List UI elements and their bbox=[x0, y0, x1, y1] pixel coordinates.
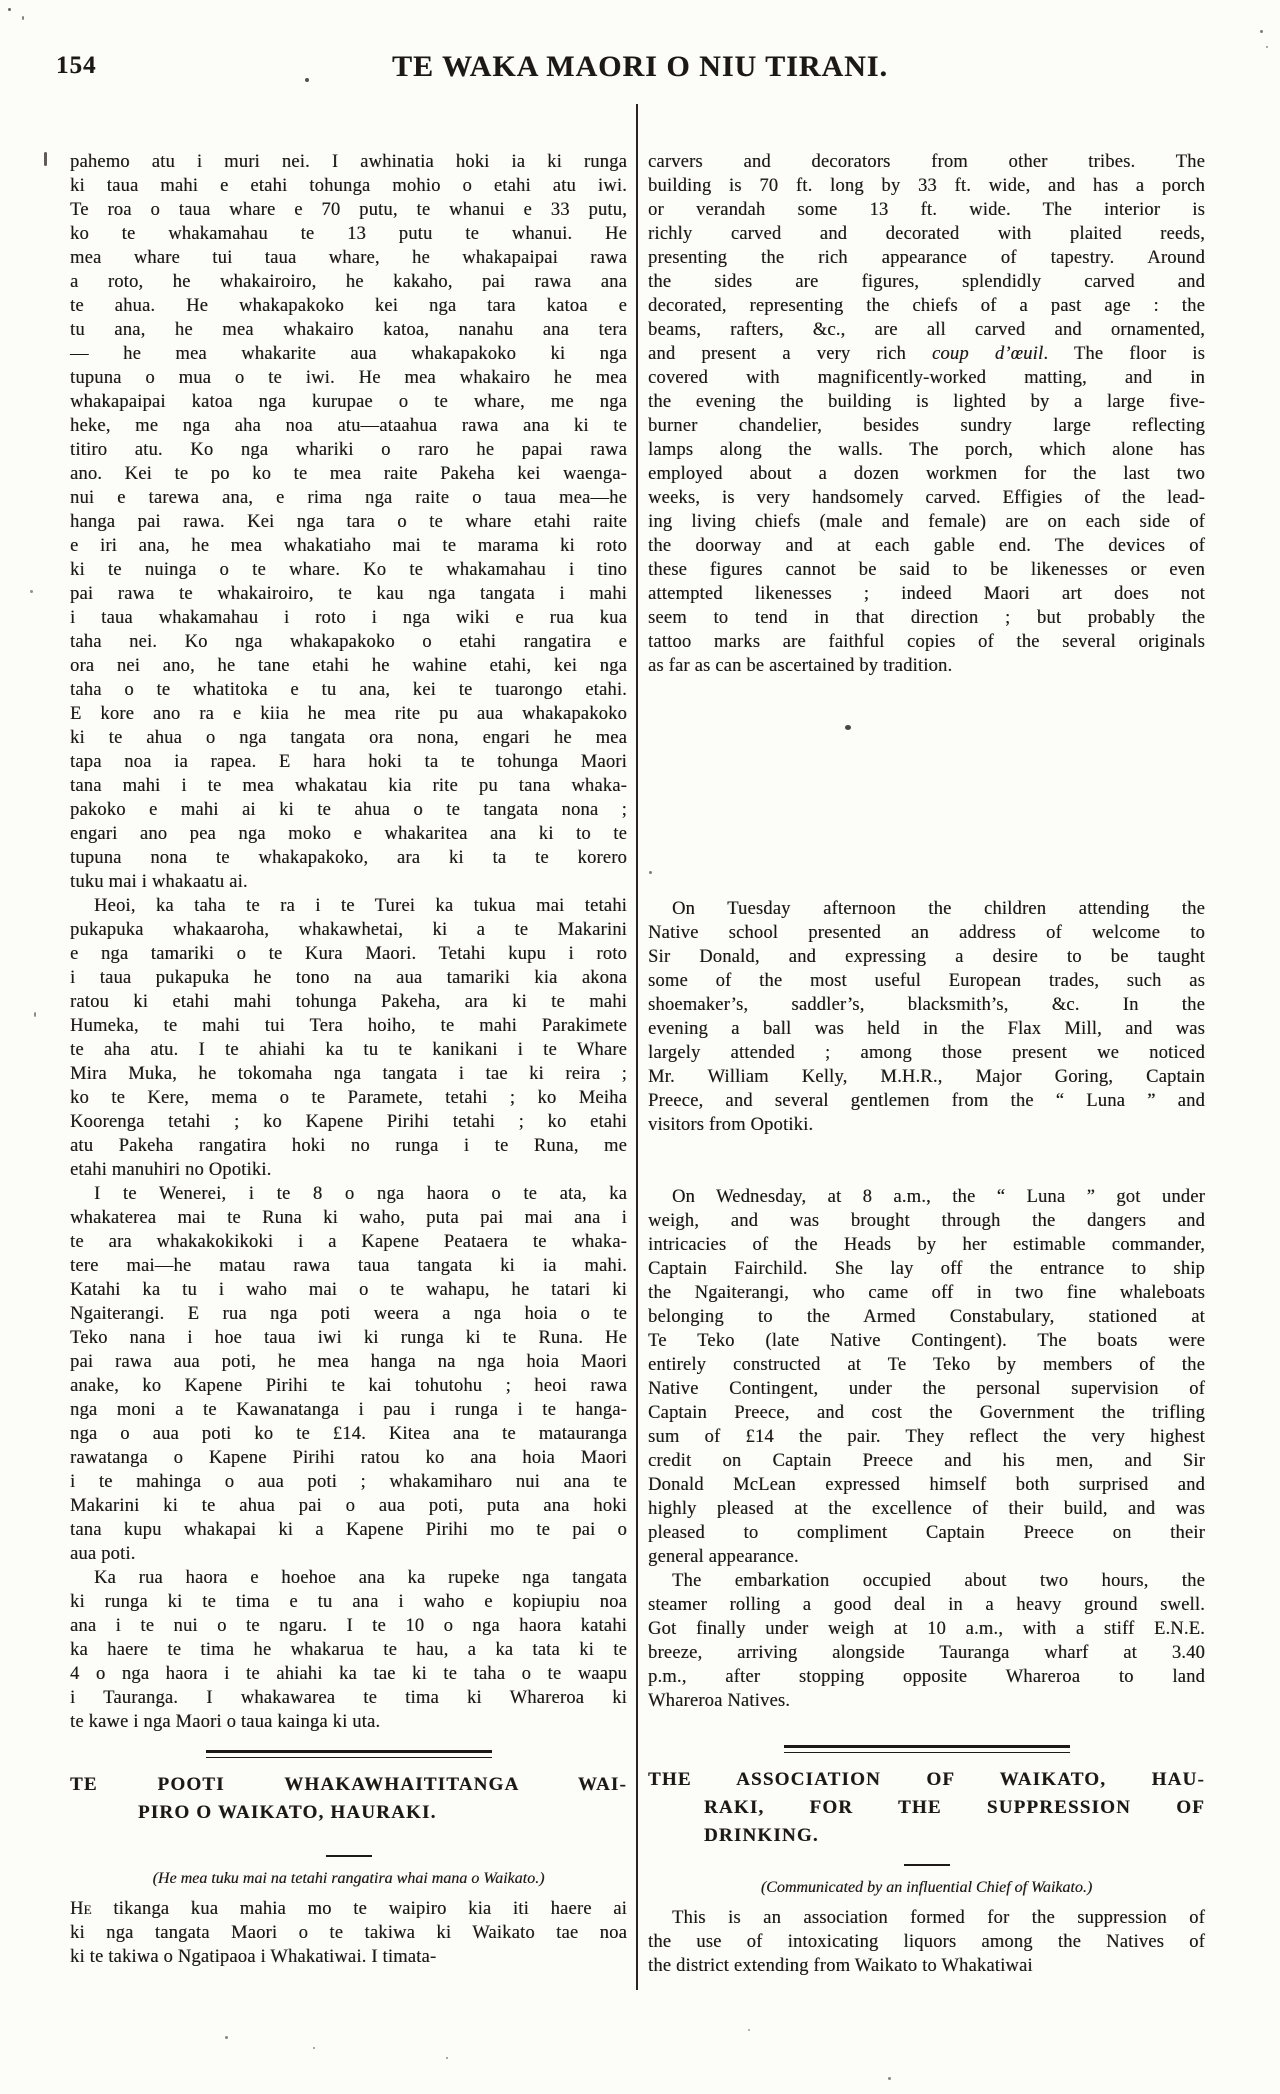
text-line: whakapaipai katoa nga kurupae o te whare… bbox=[70, 390, 627, 414]
text-line: pai rawa te whakairoiro, te kau nga tang… bbox=[70, 582, 627, 606]
text-line: pleased to compliment Captain Preece on … bbox=[648, 1521, 1205, 1545]
section-short-rule bbox=[904, 1864, 950, 1866]
text-line: nui e tarewa ana, e rima nga raite o tau… bbox=[70, 486, 627, 510]
text-line: e nga tamariki o te Kura Maori. Tetahi k… bbox=[70, 942, 627, 966]
text-line: Heoi, ka taha te ra i te Turei ka tukua … bbox=[70, 894, 627, 918]
paragraph: On Wednesday, at 8 a.m., the “ Luna ” go… bbox=[648, 1185, 1205, 1569]
text-line: burner chandelier, besides sundry large … bbox=[648, 414, 1205, 438]
text-line: Preece, and several gentlemen from the “… bbox=[648, 1089, 1205, 1113]
text-line: Mira Muka, he tokomaha nga tangata i tae… bbox=[70, 1062, 627, 1086]
text-line: tattoo marks are faithful copies of the … bbox=[648, 630, 1205, 654]
text-line: 4 o nga haora i te ahiahi ka tae ki te t… bbox=[70, 1662, 627, 1686]
text-line: ki taua mahi e etahi tohunga mohio o eta… bbox=[70, 174, 627, 198]
text-line: Te roa o taua whare e 70 putu, te whanui… bbox=[70, 198, 627, 222]
text-line: Teko nana i hoe taua iwi ki runga ki te … bbox=[70, 1326, 627, 1350]
scan-artifact bbox=[649, 871, 652, 874]
section-short-rule bbox=[326, 1855, 372, 1857]
scan-artifact bbox=[313, 2047, 315, 2049]
text-line: these figures cannot be said to be liken… bbox=[648, 558, 1205, 582]
text-line: highly pleased at the excellence of thei… bbox=[648, 1497, 1205, 1521]
text-line: Native school presented an address of we… bbox=[648, 921, 1205, 945]
text-line: entirely constructed at Te Teko by membe… bbox=[648, 1353, 1205, 1377]
text-line: Ngaiterangi. E rua nga poti weera a nga … bbox=[70, 1302, 627, 1326]
text-line: ano. Kei te po ko te mea raite Pakeha ke… bbox=[70, 462, 627, 486]
maori-section-heading: TE POOTI WHAKAWHAITITANGA WAI-PIRO O WAI… bbox=[70, 1771, 627, 1827]
text-line: the use of intoxicating liquors among th… bbox=[648, 1930, 1205, 1954]
text-line: ko te whakamahau te 13 putu te whanui. H… bbox=[70, 222, 627, 246]
text-line: te ara whakakokikoki i a Kapene Peataera… bbox=[70, 1230, 627, 1254]
text-line: breeze, arriving alongside Tauranga whar… bbox=[648, 1641, 1205, 1665]
heading-line: TE POOTI WHAKAWHAITITANGA WAI- bbox=[70, 1771, 627, 1799]
paragraph: He tikanga kua mahia mo te waipiro kia i… bbox=[70, 1897, 627, 1969]
text-line: building is 70 ft. long by 33 ft. wide, … bbox=[648, 174, 1205, 198]
maori-article-text: pahemo atu i muri nei. I awhinatia hoki … bbox=[70, 150, 627, 1734]
maori-section-text: He tikanga kua mahia mo te waipiro kia i… bbox=[70, 1897, 627, 1969]
scan-artifact bbox=[8, 8, 11, 11]
text-line: employed about a dozen workmen for the l… bbox=[648, 462, 1205, 486]
text-line: largely attended ; among those present w… bbox=[648, 1041, 1205, 1065]
text-line: shoemaker’s, saddler’s, blacksmith’s, &c… bbox=[648, 993, 1205, 1017]
text-line: credit on Captain Preece and his men, an… bbox=[648, 1449, 1205, 1473]
english-article-text: carvers and decorators from other tribes… bbox=[648, 150, 1205, 1713]
paragraph: Ka rua haora e hoehoe ana ka rupeke nga … bbox=[70, 1566, 627, 1734]
text-line: heke, me nga aha noa atu—ataahua rawa an… bbox=[70, 414, 627, 438]
text-line: and present a very rich coup d’œuil. The… bbox=[648, 342, 1205, 366]
text-line: taha nei. Ko nga whakapakoko o etahi ran… bbox=[70, 630, 627, 654]
scan-artifact bbox=[22, 16, 24, 20]
text-line: engari ano pea nga moko e whakaritea ana… bbox=[70, 822, 627, 846]
text-line: whakaterea mai te Runa ki waho, puta pai… bbox=[70, 1206, 627, 1230]
text-line: Captain Fairchild. She lay off the entra… bbox=[648, 1257, 1205, 1281]
paragraph: The embarkation occupied about two hours… bbox=[648, 1569, 1205, 1713]
scan-artifact bbox=[845, 725, 851, 730]
text-line: pakoko e mahi ai ki te ahua o te tangata… bbox=[70, 798, 627, 822]
text-line: anake, ko Kapene Pirihi te kai tohutohu … bbox=[70, 1374, 627, 1398]
text-line: beams, rafters, &c., are all carved and … bbox=[648, 318, 1205, 342]
text-line: Makarini ki te ahua pai o aua poti, puta… bbox=[70, 1494, 627, 1518]
paragraph: I te Wenerei, i te 8 o nga haora o te at… bbox=[70, 1182, 627, 1566]
text-line: pukapuka whakaaroha, whakawhetai, ki a t… bbox=[70, 918, 627, 942]
text-line: titiro atu. Ko nga whariki o raro he pap… bbox=[70, 438, 627, 462]
page-title: TE WAKA MAORI O NIU TIRANI. bbox=[0, 50, 1280, 84]
paragraph: pahemo atu i muri nei. I awhinatia hoki … bbox=[70, 150, 627, 894]
text-line: a roto, he whakairoiro, he kakaho, pai r… bbox=[70, 270, 627, 294]
english-section-text: This is an association formed for the su… bbox=[648, 1906, 1205, 1978]
text-line: E kore ano ra e kiia he mea rite pu aua … bbox=[70, 702, 627, 726]
right-column: carvers and decorators from other tribes… bbox=[648, 150, 1205, 1978]
text-line: rawatanga o Kapene Pirihi ratou ko ana h… bbox=[70, 1446, 627, 1470]
heading-line: THE ASSOCIATION OF WAIKATO, HAU- bbox=[648, 1766, 1205, 1794]
text-line: Native Contingent, under the personal su… bbox=[648, 1377, 1205, 1401]
text-line: Whareroa Natives. bbox=[648, 1689, 1205, 1713]
text-line: He tikanga kua mahia mo te waipiro kia i… bbox=[70, 1897, 627, 1921]
text-line: richly carved and decorated with plaited… bbox=[648, 222, 1205, 246]
text-line: atu Pakeha rangatira hoki no runga i te … bbox=[70, 1134, 627, 1158]
text-line: ora nei ano, he tane etahi he wahine eta… bbox=[70, 654, 627, 678]
maori-section-attribution: (He mea tuku mai na tetahi rangatira wha… bbox=[70, 1868, 627, 1890]
text-line: tupuna o mua o te iwi. He mea whakairo h… bbox=[70, 366, 627, 390]
text-line: Te Teko (late Native Contingent). The bo… bbox=[648, 1329, 1205, 1353]
text-line: tapa noa ia rapea. E hara hoki ta te toh… bbox=[70, 750, 627, 774]
text-line: as far as can be ascertained by traditio… bbox=[648, 654, 1205, 678]
text-line: ki nga tangata Maori o te takiwa ki Waik… bbox=[70, 1921, 627, 1945]
text-line: lamps along the walls. The porch, which … bbox=[648, 438, 1205, 462]
text-line: e iri ana, he mea whakatiaho mai te mara… bbox=[70, 534, 627, 558]
scan-artifact bbox=[1260, 30, 1263, 33]
scan-artifact bbox=[305, 78, 309, 82]
newspaper-page: 154 TE WAKA MAORI O NIU TIRANI. pahemo a… bbox=[0, 0, 1280, 2094]
scan-artifact bbox=[748, 2029, 750, 2031]
text-line: ki te takiwa o Ngatipaoa i Whakatiwai. I… bbox=[70, 1945, 627, 1969]
english-section: THE ASSOCIATION OF WAIKATO, HAU-RAKI, FO… bbox=[648, 1745, 1205, 1978]
text-line: i taua whakamahau i roto i nga wiki e ru… bbox=[70, 606, 627, 630]
text-line: some of the most useful European trades,… bbox=[648, 969, 1205, 993]
heading-line: PIRO O WAIKATO, HAURAKI. bbox=[70, 1799, 627, 1827]
left-column: pahemo atu i muri nei. I awhinatia hoki … bbox=[70, 150, 627, 1969]
text-line: tere mai—he matau rawa taua tangata ki i… bbox=[70, 1254, 627, 1278]
text-line: On Wednesday, at 8 a.m., the “ Luna ” go… bbox=[648, 1185, 1205, 1209]
scan-artifact bbox=[34, 1012, 36, 1017]
text-line: taha o te whatitoka e tu ana, kei te tua… bbox=[70, 678, 627, 702]
scan-artifact bbox=[888, 2077, 891, 2080]
text-line: te ahua. He whakapakoko kei nga tara kat… bbox=[70, 294, 627, 318]
english-section-attribution: (Communicated by an influential Chief of… bbox=[648, 1877, 1205, 1899]
scan-artifact bbox=[30, 590, 33, 593]
text-line: mea whare tui taua whare, he whakapaipai… bbox=[70, 246, 627, 270]
paragraph: carvers and decorators from other tribes… bbox=[648, 150, 1205, 678]
text-line: etahi manuhiri no Opotiki. bbox=[70, 1158, 627, 1182]
text-line: Ka rua haora e hoehoe ana ka rupeke nga … bbox=[70, 1566, 627, 1590]
text-line: tupuna nona te whakapakoko, ara ki ta te… bbox=[70, 846, 627, 870]
column-divider bbox=[636, 104, 638, 1990]
heading-line: RAKI, FOR THE SUPPRESSION OF bbox=[648, 1794, 1205, 1822]
text-line: or verandah some 13 ft. wide. The interi… bbox=[648, 198, 1205, 222]
text-line: weeks, is very handsomely carved. Effigi… bbox=[648, 486, 1205, 510]
text-line: ka haere te tima he whakarua te hau, a k… bbox=[70, 1638, 627, 1662]
text-line: aua poti. bbox=[70, 1542, 627, 1566]
text-line: the district extending from Waikato to W… bbox=[648, 1954, 1205, 1978]
text-line: pai rawa aua poti, he mea hanga na nga h… bbox=[70, 1350, 627, 1374]
text-line: hanga pai rawa. Kei nga tara o te whare … bbox=[70, 510, 627, 534]
text-line: Mr. William Kelly, M.H.R., Major Goring,… bbox=[648, 1065, 1205, 1089]
text-line: Captain Preece, and cost the Government … bbox=[648, 1401, 1205, 1425]
text-line: belonging to the Armed Constabulary, sta… bbox=[648, 1305, 1205, 1329]
text-line: ing living chiefs (male and female) are … bbox=[648, 510, 1205, 534]
text-line: The embarkation occupied about two hours… bbox=[648, 1569, 1205, 1593]
text-line: tana kupu whakapai ki a Kapene Pirihi mo… bbox=[70, 1518, 627, 1542]
text-line: ki runga ki te tima e tu ana i waho e ko… bbox=[70, 1590, 627, 1614]
text-line: ki te ahua o nga tangata ora nona, engar… bbox=[70, 726, 627, 750]
paragraph: On Tuesday afternoon the children attend… bbox=[648, 897, 1205, 1137]
text-line: weigh, and was brought through the dange… bbox=[648, 1209, 1205, 1233]
text-line: tana mahi i te mea whakatau kia rite pu … bbox=[70, 774, 627, 798]
text-line: On Tuesday afternoon the children attend… bbox=[648, 897, 1205, 921]
text-line: te kawe i nga Maori o taua kainga ki uta… bbox=[70, 1710, 627, 1734]
text-line: i taua pukapuka he tono na aua tamariki … bbox=[70, 966, 627, 990]
text-line: Katahi ka tu i waho mai o te wahapu, he … bbox=[70, 1278, 627, 1302]
text-line: Donald McLean expressed himself both sur… bbox=[648, 1473, 1205, 1497]
text-line: Humeka, te mahi tui Tera hoiho, te mahi … bbox=[70, 1014, 627, 1038]
heading-line: DRINKING. bbox=[648, 1822, 1205, 1850]
text-line: presenting the rich appearance of tapest… bbox=[648, 246, 1205, 270]
scan-artifact bbox=[446, 2057, 448, 2059]
english-section-heading: THE ASSOCIATION OF WAIKATO, HAU-RAKI, FO… bbox=[648, 1766, 1205, 1850]
paragraph: Heoi, ka taha te ra i te Turei ka tukua … bbox=[70, 894, 627, 1182]
text-line: tuku mai i whakaatu ai. bbox=[70, 870, 627, 894]
text-line: seem to tend in that direction ; but pro… bbox=[648, 606, 1205, 630]
paragraph: This is an association formed for the su… bbox=[648, 1906, 1205, 1978]
text-line: tu ana, he mea whakairo katoa, nanahu an… bbox=[70, 318, 627, 342]
text-line: te aha atu. I te ahiahi ka tu te kanikan… bbox=[70, 1038, 627, 1062]
text-line: i te mahinga o aua poti ; whakamiharo nu… bbox=[70, 1470, 627, 1494]
text-line: decorated, representing the chiefs of a … bbox=[648, 294, 1205, 318]
text-line: p.m., after stopping opposite Whareroa t… bbox=[648, 1665, 1205, 1689]
text-line: covered with magnificently-worked mattin… bbox=[648, 366, 1205, 390]
section-double-rule bbox=[784, 1745, 1070, 1753]
text-line: steamer rolling a good deal in a heavy g… bbox=[648, 1593, 1205, 1617]
text-line: nga moni a te Kawanatanga i pau i runga … bbox=[70, 1398, 627, 1422]
scan-artifact bbox=[225, 2036, 228, 2039]
text-line: pahemo atu i muri nei. I awhinatia hoki … bbox=[70, 150, 627, 174]
text-line: nga o aua poti ko te £14. Kitea ana te m… bbox=[70, 1422, 627, 1446]
text-line: carvers and decorators from other tribes… bbox=[648, 150, 1205, 174]
text-line: visitors from Opotiki. bbox=[648, 1113, 1205, 1137]
text-line: the sides are figures, splendidly carved… bbox=[648, 270, 1205, 294]
text-line: This is an association formed for the su… bbox=[648, 1906, 1205, 1930]
text-line: ana i te nui o te ngaru. I te 10 o nga h… bbox=[70, 1614, 627, 1638]
text-line: Koorenga tetahi ; ko Kapene Pirihi tetah… bbox=[70, 1110, 627, 1134]
text-line: the evening the building is lighted by a… bbox=[648, 390, 1205, 414]
text-line: ki te nuinga o te whare. Ko te whakamaha… bbox=[70, 558, 627, 582]
maori-section: TE POOTI WHAKAWHAITITANGA WAI-PIRO O WAI… bbox=[70, 1750, 627, 1969]
section-double-rule bbox=[206, 1750, 492, 1758]
text-line: ko te Kere, mema o te Paramete, tetahi ;… bbox=[70, 1086, 627, 1110]
text-line: evening a ball was held in the Flax Mill… bbox=[648, 1017, 1205, 1041]
scan-artifact bbox=[44, 152, 47, 166]
text-line: sum of £14 the pair. They reflect the ve… bbox=[648, 1425, 1205, 1449]
text-line: general appearance. bbox=[648, 1545, 1205, 1569]
text-line: the Ngaiterangi, who came off in two fin… bbox=[648, 1281, 1205, 1305]
text-line: — he mea whakarite aua whakapakoko ki ng… bbox=[70, 342, 627, 366]
text-line: Got finally under weigh at 10 a.m., with… bbox=[648, 1617, 1205, 1641]
text-line: the doorway and at each gable end. The d… bbox=[648, 534, 1205, 558]
text-line: I te Wenerei, i te 8 o nga haora o te at… bbox=[70, 1182, 627, 1206]
text-line: intricacies of the Heads by her estimabl… bbox=[648, 1233, 1205, 1257]
scan-artifact bbox=[1266, 46, 1268, 48]
text-line: Sir Donald, and expressing a desire to b… bbox=[648, 945, 1205, 969]
text-line: attempted likenesses ; indeed Maori art … bbox=[648, 582, 1205, 606]
text-line: i Tauranga. I whakawarea te tima ki Whar… bbox=[70, 1686, 627, 1710]
text-line: ratou ki etahi mahi tohunga Pakeha, ara … bbox=[70, 990, 627, 1014]
